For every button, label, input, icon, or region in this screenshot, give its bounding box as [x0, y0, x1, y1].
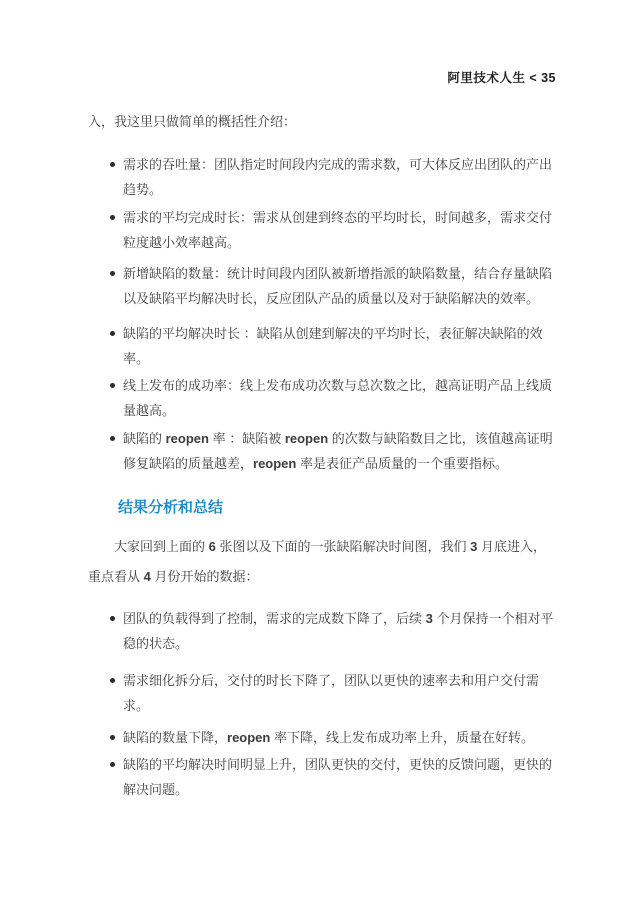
list-item: 缺陷的平均解决时长 ：缺陷从创建到解决的平均时长，表征解决缺陷的效率。: [110, 321, 556, 371]
bullet-icon: [110, 215, 115, 220]
text-run: 线上发布的成功率：线上发布成功次数与总次数之比，越高证明产品上线质量越高。: [123, 378, 552, 418]
list-item: 线上发布的成功率：线上发布成功次数与总次数之比，越高证明产品上线质量越高。: [110, 373, 556, 423]
list-item-text: 团队的负载得到了控制，需求的完成数下降了，后续 3 个月保持一个相对平稳的状态。: [123, 611, 553, 651]
text-run: 率 ：缺陷被: [209, 431, 285, 446]
text-run: 新增缺陷的数量：统计时间段内团队被新增指派的缺陷数量，结合存量缺陷以及缺陷平均解…: [123, 266, 552, 306]
list-item: 缺陷的数量下降，reopen 率下降，线上发布成功率上升，质量在好转。: [110, 725, 556, 750]
text-run: 缺陷的平均解决时间明显上升，团队更快的交付，更快的反馈问题，更快的解决问题。: [123, 757, 552, 797]
section-heading: 结果分析和总结: [118, 496, 556, 517]
bullet-icon: [110, 331, 115, 336]
bullet-icon: [110, 271, 115, 276]
list-item-text: 新增缺陷的数量：统计时间段内团队被新增指派的缺陷数量，结合存量缺陷以及缺陷平均解…: [123, 266, 552, 306]
text-run: 率是表征产品质量的一个重要指标。: [296, 456, 508, 471]
intro-paragraph: 入，我这里只做简单的概括性介绍：: [88, 111, 556, 132]
text-run: 缺陷的数量下降，: [123, 730, 227, 745]
header-title: 阿里技术人生 < 35: [447, 71, 556, 85]
bullet-icon: [110, 436, 115, 441]
list-item: 缺陷的平均解决时间明显上升，团队更快的交付，更快的反馈问题，更快的解决问题。: [110, 752, 556, 802]
list-item: 需求细化拆分后，交付的时长下降了，团队以更快的速率去和用户交付需求。: [110, 668, 556, 718]
list-item: 缺陷的 reopen 率 ：缺陷被 reopen 的次数与缺陷数目之比，该值越高…: [110, 426, 556, 476]
list-item: 需求的平均完成时长：需求从创建到终态的平均时长，时间越多，需求交付粒度越小效率越…: [110, 205, 556, 255]
list-item-text: 需求的吞吐量：团队指定时间段内完成的需求数，可大体反应出团队的产出趋势。: [123, 157, 552, 197]
document-page: 阿里技术人生 < 35 入，我这里只做简单的概括性介绍： 需求的吞吐量：团队指定…: [0, 0, 642, 907]
list-item-text: 线上发布的成功率：线上发布成功次数与总次数之比，越高证明产品上线质量越高。: [123, 378, 552, 418]
text-run: 率下降，线上发布成功率上升，质量在好转。: [270, 730, 534, 745]
summary-paragraph: 大家回到上面的 6 张图以及下面的一张缺陷解决时间图，我们 3 月底进入，重点看…: [88, 532, 556, 592]
list-item-text: 缺陷的 reopen 率 ：缺陷被 reopen 的次数与缺陷数目之比，该值越高…: [123, 431, 553, 471]
page-header: 阿里技术人生 < 35: [88, 68, 556, 86]
list-item: 需求的吞吐量：团队指定时间段内完成的需求数，可大体反应出团队的产出趋势。: [110, 152, 556, 202]
bold-text: 4: [144, 569, 151, 584]
bold-text: 6: [209, 539, 216, 554]
bold-text: reopen: [253, 456, 296, 471]
text-run: 大家回到上面的: [114, 539, 209, 554]
text-run: 需求的平均完成时长：需求从创建到终态的平均时长，时间越多，需求交付粒度越小效率越…: [123, 210, 552, 250]
list-item-text: 需求的平均完成时长：需求从创建到终态的平均时长，时间越多，需求交付粒度越小效率越…: [123, 210, 552, 250]
text-run: 需求的吞吐量：团队指定时间段内完成的需求数，可大体反应出团队的产出趋势。: [123, 157, 552, 197]
list-item-text: 需求细化拆分后，交付的时长下降了，团队以更快的速率去和用户交付需求。: [123, 673, 539, 713]
list-item-text: 缺陷的平均解决时长 ：缺陷从创建到解决的平均时长，表征解决缺陷的效率。: [123, 326, 543, 366]
list-item-text: 缺陷的数量下降，reopen 率下降，线上发布成功率上升，质量在好转。: [123, 730, 534, 745]
bullet-icon: [110, 678, 115, 683]
bold-text: reopen: [285, 431, 328, 446]
bold-text: reopen: [166, 431, 209, 446]
metrics-list: 需求的吞吐量：团队指定时间段内完成的需求数，可大体反应出团队的产出趋势。需求的平…: [110, 152, 556, 476]
text-run: 月份开始的数据：: [151, 569, 259, 584]
text-run: 需求细化拆分后，交付的时长下降了，团队以更快的速率去和用户交付需求。: [123, 673, 539, 713]
text-run: 张图以及下面的一张缺陷解决时间图，我们: [216, 539, 470, 554]
text-run: 团队的负载得到了控制，需求的完成数下降了，后续: [123, 611, 426, 626]
bullet-icon: [110, 383, 115, 388]
bullet-icon: [110, 762, 115, 767]
bullet-icon: [110, 616, 115, 621]
text-run: 缺陷的: [123, 431, 166, 446]
bold-text: 3: [426, 611, 433, 626]
list-item: 新增缺陷的数量：统计时间段内团队被新增指派的缺陷数量，结合存量缺陷以及缺陷平均解…: [110, 261, 556, 311]
conclusions-list: 团队的负载得到了控制，需求的完成数下降了，后续 3 个月保持一个相对平稳的状态。…: [110, 606, 556, 802]
list-item-text: 缺陷的平均解决时间明显上升，团队更快的交付，更快的反馈问题，更快的解决问题。: [123, 757, 552, 797]
bullet-icon: [110, 735, 115, 740]
bold-text: reopen: [227, 730, 270, 745]
bullet-icon: [110, 162, 115, 167]
text-run: 缺陷的平均解决时长 ：缺陷从创建到解决的平均时长，表征解决缺陷的效率。: [123, 326, 543, 366]
list-item: 团队的负载得到了控制，需求的完成数下降了，后续 3 个月保持一个相对平稳的状态。: [110, 606, 556, 656]
